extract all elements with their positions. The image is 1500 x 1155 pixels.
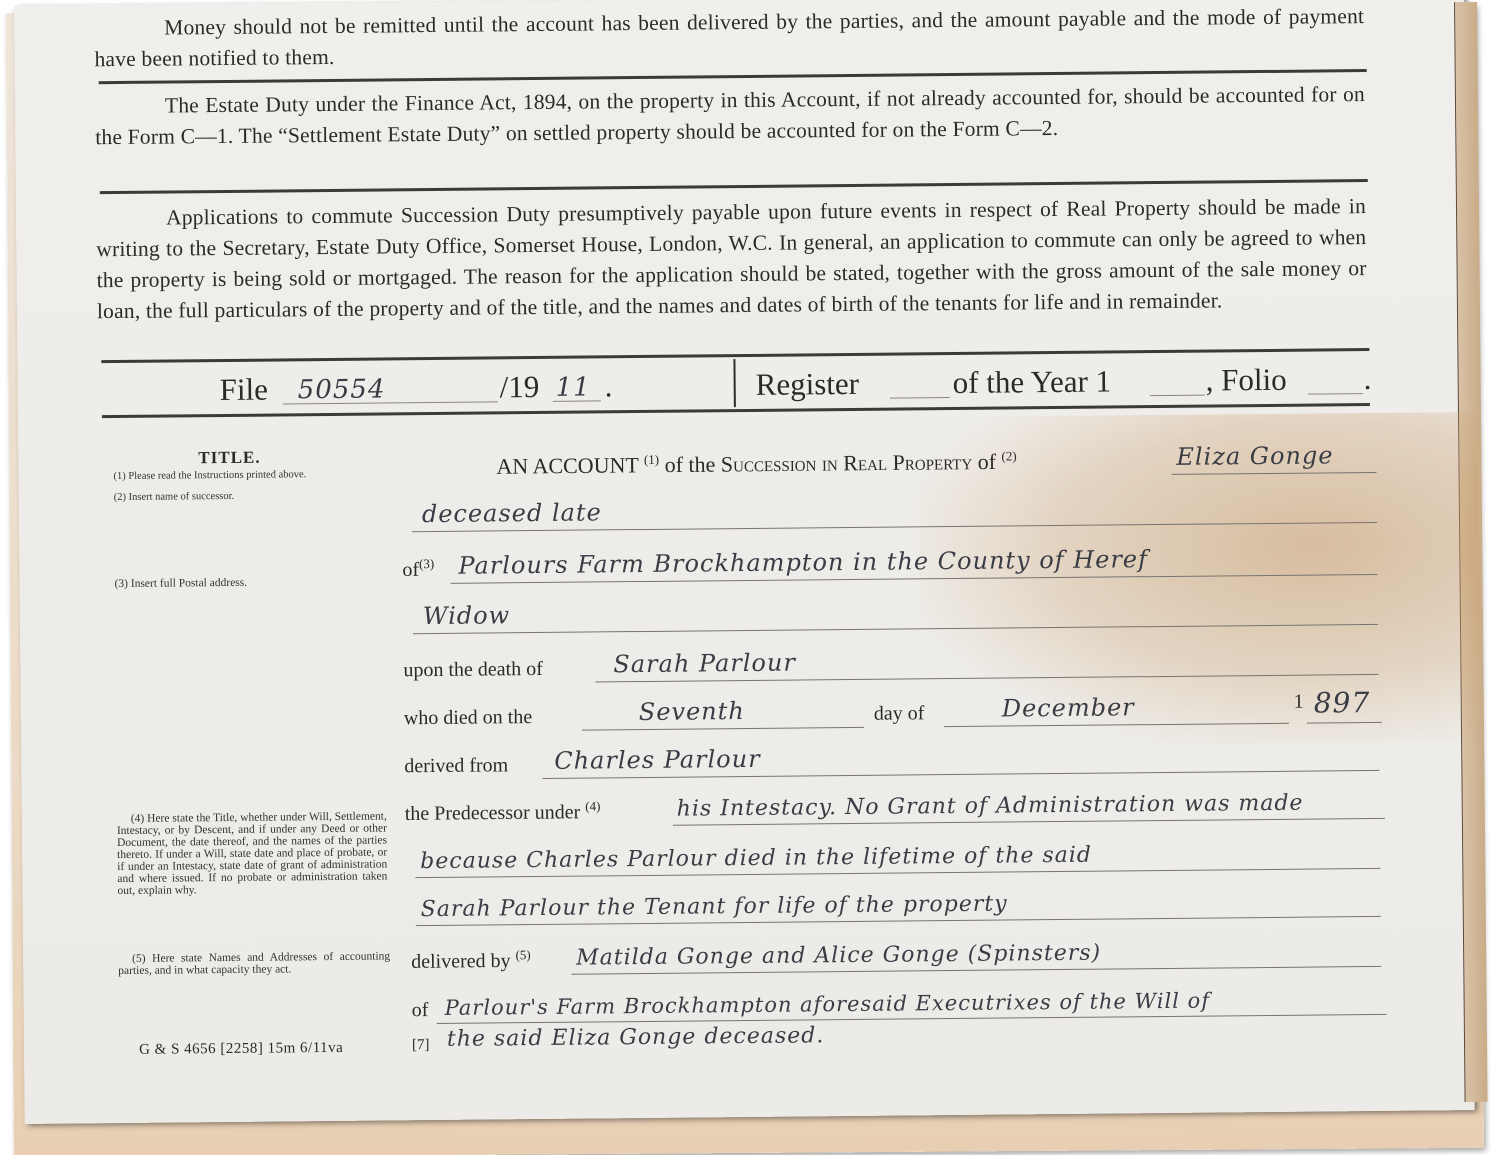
register-field[interactable] <box>889 365 949 399</box>
succession-heading: Succession in Real Property <box>721 449 973 476</box>
day-field[interactable] <box>582 727 864 731</box>
footnote-ref-3: (3) <box>419 556 434 571</box>
account-line: AN ACCOUNT (1) of the Succession in Real… <box>401 443 1381 482</box>
address-value: Parlours Farm Brockhampton in the County… <box>458 545 1148 580</box>
footnote-ref-1: (1) <box>644 452 659 467</box>
folio-label: , Folio <box>1205 362 1286 399</box>
month-value: December <box>1002 693 1135 722</box>
predecessor-label: the Predecessor under <box>405 802 581 826</box>
file-period: . <box>605 368 613 404</box>
of-the-text: of the <box>664 451 715 476</box>
account-intro: AN ACCOUNT <box>496 452 638 478</box>
folio-field[interactable] <box>1307 361 1362 395</box>
death-line: upon the death of Sarah Parlour <box>403 645 1383 684</box>
line-seven-value: the said Eliza Gonge deceased. <box>447 1023 825 1052</box>
title-value-1: his Intestacy. No Grant of Administratio… <box>677 791 1304 822</box>
successor-line-2: deceased late <box>402 493 1382 532</box>
notice-commute: Applications to commute Succession Duty … <box>96 191 1367 327</box>
file-label: File <box>220 372 269 408</box>
file-number-value: 50554 <box>298 374 386 405</box>
predecessor-line: the Predecessor under (4) his Intestacy.… <box>405 789 1405 829</box>
line-seven-marker: [7] <box>412 1037 430 1054</box>
file-register-row: File 50554 /19 11 . Register of the Year… <box>107 349 1373 413</box>
title-line-2: because Charles Parlour died in the life… <box>405 839 1385 878</box>
delivered-line: delivered by (5) Matilda Gonge and Alice… <box>406 937 1386 976</box>
occupation-line: Widow <box>403 595 1383 634</box>
address-line: of(3) Parlours Farm Brockhampton in the … <box>402 545 1382 584</box>
notice-estate-duty: The Estate Duty under the Finance Act, 1… <box>95 79 1366 153</box>
footnote-ref-5: (5) <box>515 947 530 962</box>
document-page: Money should not be remitted until the a… <box>14 0 1475 1124</box>
occupation-value: Widow <box>423 601 511 630</box>
title-value-2: because Charles Parlour died in the life… <box>420 843 1092 874</box>
margin-note-5: (5) Here state Names and Addresses of ac… <box>118 950 390 977</box>
register-year-field[interactable] <box>1149 363 1204 397</box>
title-line-3: Sarah Parlour the Tenant for life of the… <box>406 887 1386 926</box>
derived-name: Charles Parlour <box>554 745 761 775</box>
death-label: upon the death of <box>403 658 543 682</box>
margin-note-2: (2) Insert name of successor. <box>114 491 235 504</box>
torn-right-edge <box>1454 2 1488 1102</box>
folio-period: . <box>1363 361 1371 397</box>
deceased-name: Sarah Parlour <box>613 649 796 679</box>
year-field[interactable] <box>1307 722 1382 724</box>
notice-remittance: Money should not be remitted until the a… <box>94 1 1365 75</box>
file-year-value: 11 <box>556 372 591 402</box>
derived-line: derived from Charles Parlour <box>404 741 1384 780</box>
margin-note-1: (1) Please read the Instructions printed… <box>113 469 306 483</box>
margin-note-3: (3) Insert full Postal address. <box>114 577 247 590</box>
register-label: Register <box>755 366 859 403</box>
footnote-ref-4: (4) <box>585 799 600 814</box>
printer-code: G & S 4656 [2258] 15m 6/11va <box>139 1040 343 1059</box>
successor-name: Eliza Gonge <box>1176 441 1333 471</box>
title-heading: TITLE. <box>198 448 260 469</box>
address-of-label: of <box>402 559 419 581</box>
delivered-label: delivered by <box>411 950 511 973</box>
delivered-of-label: of <box>412 999 429 1022</box>
successor-field[interactable] <box>1172 472 1377 475</box>
of-year-label: of the Year 1 <box>952 363 1111 401</box>
occupation-field[interactable] <box>413 624 1378 634</box>
day-value: Seventh <box>639 697 745 726</box>
year-prefix: 1 <box>1294 691 1304 714</box>
day-of-label: day of <box>874 702 925 725</box>
died-label: who died on the <box>404 706 533 730</box>
derived-label: derived from <box>404 754 508 778</box>
delivered-by-value: Matilda Gonge and Alice Gonge (Spinsters… <box>576 941 1101 971</box>
file-year-prefix: /19 <box>500 369 540 405</box>
died-on-line: who died on the Seventh day of December … <box>404 693 1394 733</box>
title-value-3: Sarah Parlour the Tenant for life of the… <box>421 892 1008 923</box>
delivered-address-value: Parlour's Farm Brockhampton aforesaid Ex… <box>445 989 1211 1020</box>
footnote-ref-2: (2) <box>1001 448 1016 463</box>
file-register-divider <box>733 359 735 407</box>
successor-status: deceased late <box>422 498 602 528</box>
of-text: of <box>978 449 997 474</box>
margin-note-4: (4) Here state the Title, whether under … <box>117 810 388 897</box>
month-field[interactable] <box>944 723 1289 727</box>
year-value: 897 <box>1314 686 1371 720</box>
